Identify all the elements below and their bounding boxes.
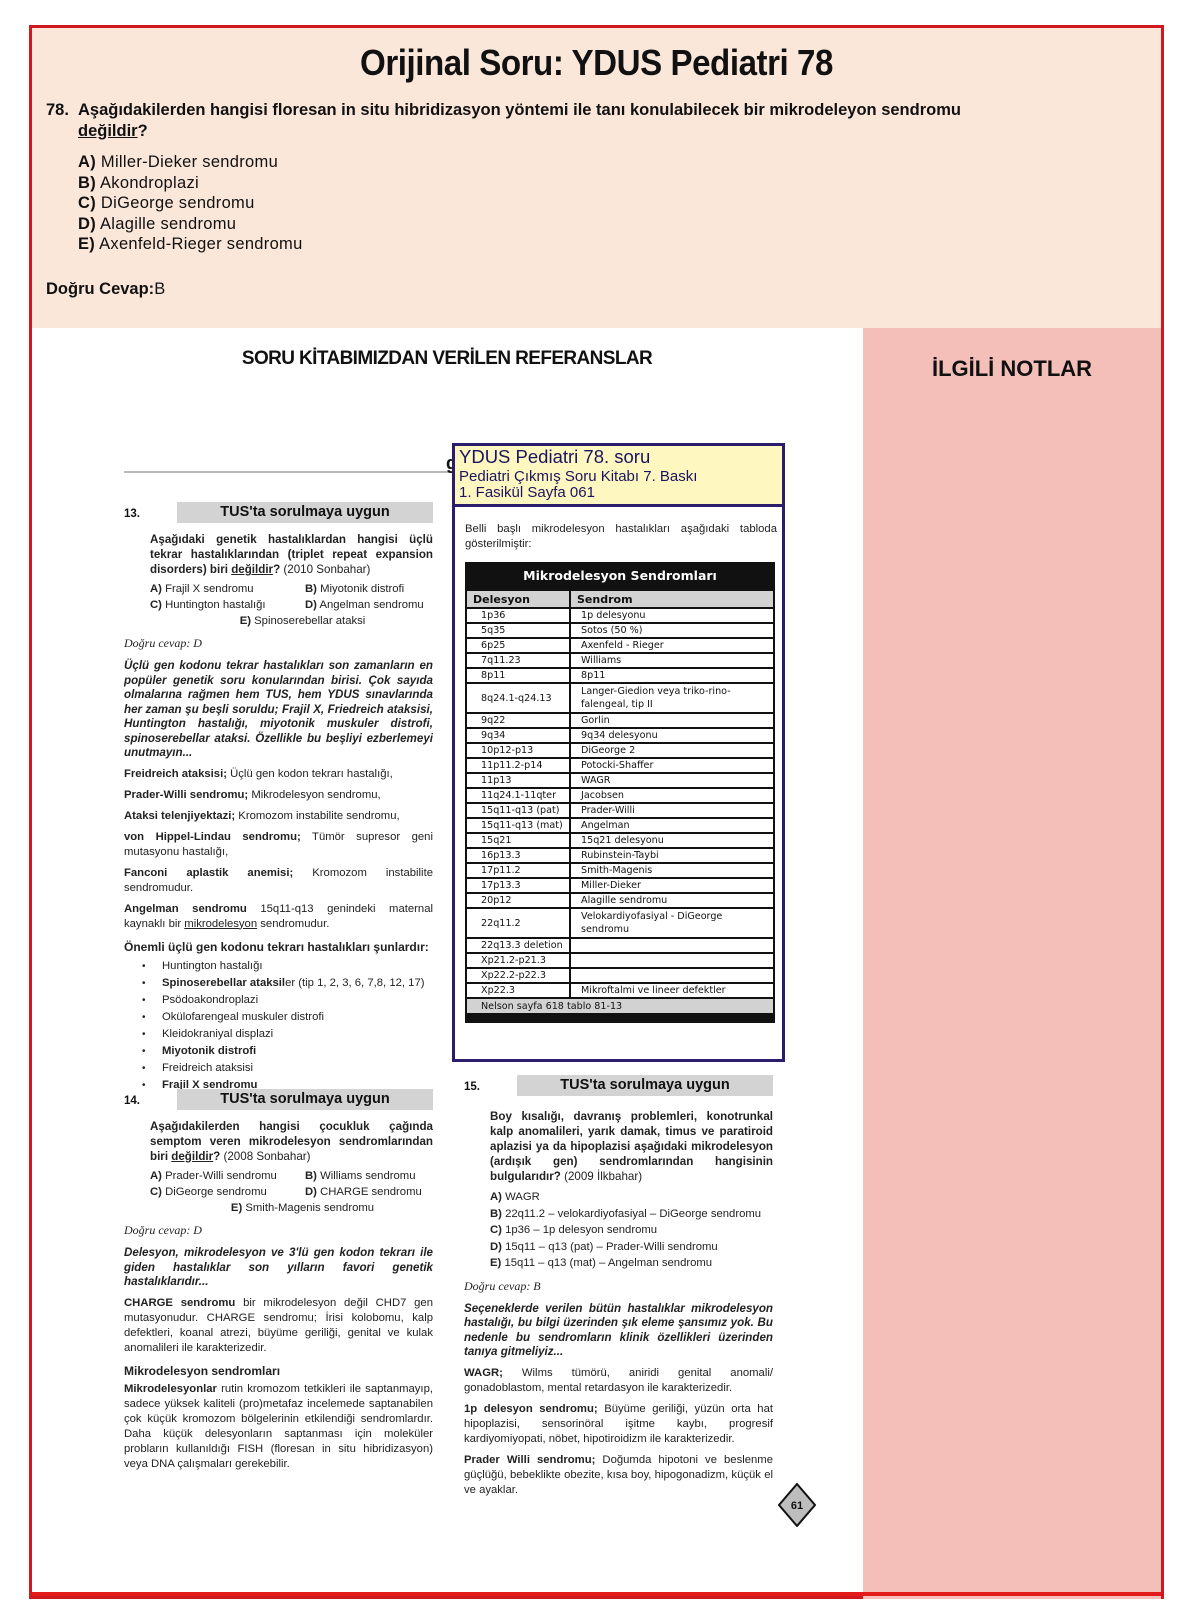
- syndrome-cell: Mikroftalmi ve lineer defektler: [570, 983, 774, 998]
- syndrome-cell: Potocki-Shaffer: [570, 758, 774, 773]
- q14-block: Aşağıdakilerden hangisi çocukluk çağında…: [150, 1119, 433, 1478]
- q13-block: Aşağıdaki genetik hastalıklardan hangisi…: [150, 532, 433, 1094]
- deletion-cell: 9q22: [466, 713, 570, 728]
- table-row: 8q24.1-q24.13Langer-Giedion veya triko-r…: [466, 683, 774, 713]
- syndrome-cell: 15q21 delesyonu: [570, 833, 774, 848]
- q15-fact: 1p delesyon sendromu; Büyüme geriliği, y…: [464, 1402, 773, 1447]
- q15-comment: Seçeneklerde verilen bütün hastalıklar m…: [464, 1302, 773, 1360]
- q15-fact: Prader Willi sendromu; Doğumda hipotoni …: [464, 1453, 773, 1498]
- deletion-cell: 20p12: [466, 893, 570, 908]
- q13-fact: Freidreich ataksisi; Üçlü gen kodon tekr…: [124, 767, 433, 782]
- microdeletion-table: Mikrodelesyon Sendromları Delesyon Sendr…: [465, 562, 775, 1023]
- reference-callout: YDUS Pediatri 78. soru Pediatri Çıkmış S…: [452, 443, 785, 1062]
- syndrome-cell: [570, 953, 774, 968]
- option-d: D) Alagille sendromu: [78, 214, 303, 235]
- list-item: Freidreich ataksisi: [142, 1060, 433, 1077]
- syndrome-cell: WAGR: [570, 773, 774, 788]
- deletion-cell: 6p25: [466, 638, 570, 653]
- syndrome-cell: [570, 968, 774, 983]
- divider: [124, 471, 454, 473]
- syndrome-cell: Jacobsen: [570, 788, 774, 803]
- deletion-cell: 5q35: [466, 623, 570, 638]
- q14-charge: CHARGE sendromu bir mikrodelesyon değil …: [124, 1296, 433, 1356]
- related-notes-panel: İLGİLİ NOTLAR: [863, 328, 1161, 1599]
- table-row: 15q11-q13 (mat)Angelman: [466, 818, 774, 833]
- table-title: Mikrodelesyon Sendromları: [465, 562, 775, 589]
- table-row: 20p12Alagille sendromu: [466, 893, 774, 908]
- table-footer-bar: [466, 1014, 774, 1023]
- table-row: 1p361p delesyonu: [466, 608, 774, 623]
- deletion-cell: 11q24.1-11qter: [466, 788, 570, 803]
- syndrome-cell: Sotos (50 %): [570, 623, 774, 638]
- syndrome-cell: 8p11: [570, 668, 774, 683]
- table-row: 10p12-p13DiGeorge 2: [466, 743, 774, 758]
- q14-options: A) Prader-Willi sendromu B) Williams sen…: [150, 1169, 433, 1216]
- q13-list: Huntington hastalığı Spinoserebellar ata…: [142, 958, 433, 1094]
- deletion-cell: 17p11.2: [466, 863, 570, 878]
- q13-answer: Doğru cevap: D: [124, 636, 433, 651]
- q13-list-title: Önemli üçlü gen kodonu tekrarı hastalıkl…: [124, 940, 433, 955]
- q13-number: 13.: [124, 508, 140, 520]
- syndrome-cell: Langer-Giedion veya triko-rino-falengeal…: [570, 683, 774, 713]
- q15-number: 15.: [464, 1081, 480, 1093]
- table-source: Nelson sayfa 618 tablo 81-13: [466, 998, 774, 1014]
- q14-number: 14.: [124, 1095, 140, 1107]
- bottom-border: [32, 1592, 1161, 1596]
- syndrome-cell: Velokardiyofasiyal - DiGeorge sendromu: [570, 908, 774, 938]
- callout-intro: Belli başlı mikrodelesyon hastalıkları a…: [465, 522, 777, 552]
- q13-fact: von Hippel-Lindau sendromu; Tümör supres…: [124, 830, 433, 860]
- option-a: A) Miller-Dieker sendromu: [78, 152, 303, 173]
- book-page: g 13. TUS'ta sorulmaya uygun Aşağıdaki g…: [32, 328, 863, 1599]
- table-row: Xp22.2-p22.3: [466, 968, 774, 983]
- page-number-badge: 61: [778, 1483, 816, 1527]
- table-row: 15q11-q13 (pat)Prader-Willi: [466, 803, 774, 818]
- table-row: 11p13WAGR: [466, 773, 774, 788]
- syndrome-cell: Alagille sendromu: [570, 893, 774, 908]
- deletion-cell: 17p13.3: [466, 878, 570, 893]
- deletion-cell: 15q11-q13 (pat): [466, 803, 570, 818]
- q14-answer: Doğru cevap: D: [124, 1223, 433, 1238]
- table-header: Sendrom: [570, 590, 774, 608]
- table-row: 9q349q34 delesyonu: [466, 728, 774, 743]
- list-item: Spinoserebellar ataksiler (tip 1, 2, 3, …: [142, 975, 433, 992]
- table-header: Delesyon: [466, 590, 570, 608]
- callout-header: YDUS Pediatri 78. soru Pediatri Çıkmış S…: [455, 446, 782, 507]
- table-row: 9q22Gorlin: [466, 713, 774, 728]
- table-row: 11q24.1-11qterJacobsen: [466, 788, 774, 803]
- page-number: 61: [791, 1500, 803, 1512]
- syndrome-cell: [570, 938, 774, 953]
- deletion-cell: 10p12-p13: [466, 743, 570, 758]
- question-number: 78.: [46, 100, 69, 121]
- q14-micro: Mikrodelesyonlar rutin kromozom tetkikle…: [124, 1382, 433, 1472]
- q13-comment: Üçlü gen kodonu tekrar hastalıkları son …: [124, 659, 433, 761]
- list-item: Miyotonik distrofi: [142, 1043, 433, 1060]
- list-item: Psödoakondroplazi: [142, 992, 433, 1009]
- list-item: Okülofarengeal muskuler distrofi: [142, 1009, 433, 1026]
- q15-question: Boy kısalığı, davranış problemleri, kono…: [490, 1109, 773, 1184]
- callout-line-2: Pediatri Çıkmış Soru Kitabı 7. Baskı: [459, 468, 697, 485]
- q13-fact: Prader-Willi sendromu; Mikrodelesyon sen…: [124, 788, 433, 803]
- deletion-cell: 8p11: [466, 668, 570, 683]
- table-row: 17p13.3Miller-Dieker: [466, 878, 774, 893]
- table-row: 22q13.3 deletion: [466, 938, 774, 953]
- slide-frame: Orijinal Soru: YDUS Pediatri 78 78. Aşağ…: [29, 25, 1164, 1599]
- table-row: 5q35Sotos (50 %): [466, 623, 774, 638]
- callout-line-3: 1. Fasikül Sayfa 061: [459, 484, 595, 501]
- page-title: Orijinal Soru: YDUS Pediatri 78: [77, 42, 1116, 84]
- table-row: 16p13.3Rubinstein-Taybi: [466, 848, 774, 863]
- q14-subhead: Mikrodelesyon sendromları: [124, 1364, 433, 1379]
- syndrome-cell: Miller-Dieker: [570, 878, 774, 893]
- table-row: 7q11.23Williams: [466, 653, 774, 668]
- q15-fact: WAGR; Wilms tümörü, aniridi genital anom…: [464, 1366, 773, 1396]
- deletion-cell: 15q21: [466, 833, 570, 848]
- q15-answer: Doğru cevap: B: [464, 1279, 773, 1294]
- option-e: E) Axenfeld-Rieger sendromu: [78, 234, 303, 255]
- deletion-cell: 9q34: [466, 728, 570, 743]
- q13-options: A) Frajil X sendromu B) Miyotonik distro…: [150, 582, 433, 629]
- original-question-panel: Orijinal Soru: YDUS Pediatri 78 78. Aşağ…: [32, 28, 1161, 328]
- q13-angelman: Angelman sendromu 15q11-q13 genindeki ma…: [124, 902, 433, 932]
- table-row: Xp21.2-p21.3: [466, 953, 774, 968]
- deletion-cell: 16p13.3: [466, 848, 570, 863]
- syndrome-cell: 1p delesyonu: [570, 608, 774, 623]
- deletion-cell: 11p13: [466, 773, 570, 788]
- syndrome-cell: Williams: [570, 653, 774, 668]
- q13-question: Aşağıdaki genetik hastalıklardan hangisi…: [150, 532, 433, 577]
- q15-banner: TUS'ta sorulmaya uygun: [517, 1075, 773, 1096]
- table-row: 6p25Axenfeld - Rieger: [466, 638, 774, 653]
- syndrome-cell: DiGeorge 2: [570, 743, 774, 758]
- q13-fact: Ataksi telenjiyektazi; Kromozom instabil…: [124, 809, 433, 824]
- table-row: 15q2115q21 delesyonu: [466, 833, 774, 848]
- q15-block: Boy kısalığı, davranış problemleri, kono…: [490, 1109, 773, 1504]
- question: 78. Aşağıdakilerden hangisi floresan in …: [46, 100, 1106, 142]
- q14-banner: TUS'ta sorulmaya uygun: [177, 1089, 433, 1110]
- list-item: Kleidokraniyal displazi: [142, 1026, 433, 1043]
- deletion-cell: 8q24.1-q24.13: [466, 683, 570, 713]
- q13-banner: TUS'ta sorulmaya uygun: [177, 502, 433, 523]
- question-mark: ?: [138, 122, 148, 140]
- question-emphasis: değildir: [78, 122, 138, 140]
- q14-comment: Delesyon, mikrodelesyon ve 3'lü gen kodo…: [124, 1246, 433, 1290]
- list-item: Huntington hastalığı: [142, 958, 433, 975]
- answer-options: A) Miller-Dieker sendromu B) Akondroplaz…: [78, 152, 303, 255]
- option-c: C) DiGeorge sendromu: [78, 193, 303, 214]
- syndrome-cell: 9q34 delesyonu: [570, 728, 774, 743]
- syndrome-cell: Rubinstein-Taybi: [570, 848, 774, 863]
- deletion-cell: Xp22.3: [466, 983, 570, 998]
- table-row: 11p11.2-p14Potocki-Shaffer: [466, 758, 774, 773]
- deletion-cell: 7q11.23: [466, 653, 570, 668]
- option-b: B) Akondroplazi: [78, 173, 303, 194]
- notes-title: İLGİLİ NOTLAR: [863, 356, 1161, 382]
- deletion-cell: Xp21.2-p21.3: [466, 953, 570, 968]
- correct-answer: Doğru Cevap:B: [46, 280, 165, 299]
- table-row: Xp22.3Mikroftalmi ve lineer defektler: [466, 983, 774, 998]
- deletion-cell: 15q11-q13 (mat): [466, 818, 570, 833]
- table-row: 22q11.2Velokardiyofasiyal - DiGeorge sen…: [466, 908, 774, 938]
- syndrome-cell: Angelman: [570, 818, 774, 833]
- deletion-cell: 22q13.3 deletion: [466, 938, 570, 953]
- deletion-cell: 11p11.2-p14: [466, 758, 570, 773]
- syndrome-cell: Gorlin: [570, 713, 774, 728]
- q14-question: Aşağıdakilerden hangisi çocukluk çağında…: [150, 1119, 433, 1164]
- callout-line-1: YDUS Pediatri 78. soru: [459, 446, 650, 468]
- syndrome-cell: Smith-Magenis: [570, 863, 774, 878]
- q15-options: A) WAGR B) 22q11.2 – velokardiyofasiyal …: [490, 1189, 773, 1272]
- q13-fact: Fanconi aplastik anemisi; Kromozom insta…: [124, 866, 433, 896]
- table-row: 8p118p11: [466, 668, 774, 683]
- syndrome-cell: Prader-Willi: [570, 803, 774, 818]
- deletion-cell: 22q11.2: [466, 908, 570, 938]
- table-row: 17p11.2Smith-Magenis: [466, 863, 774, 878]
- syndrome-cell: Axenfeld - Rieger: [570, 638, 774, 653]
- deletion-cell: Xp22.2-p22.3: [466, 968, 570, 983]
- deletion-cell: 1p36: [466, 608, 570, 623]
- question-text: Aşağıdakilerden hangisi floresan in situ…: [78, 101, 961, 119]
